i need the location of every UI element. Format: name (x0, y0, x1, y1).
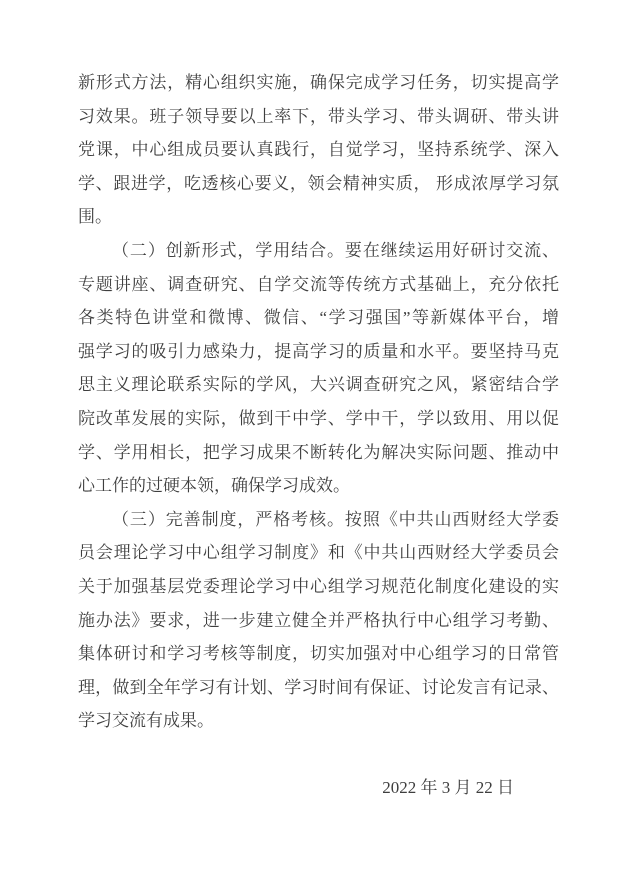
text-line: 关于加强基层党委理论学习中心组学习规范化制度化建设的实 (78, 570, 559, 604)
text-line: 集体研讨和学习考核等制度，切实加强对中心组学习的日常管 (78, 637, 559, 671)
paragraph-1: 新形式方法，精心组织实施，确保完成学习任务，切实提高学 习效果。班子领导要以上率… (78, 66, 559, 234)
text-line: 强学习的吸引力感染力，提高学习的质量和水平。要坚持马克 (78, 335, 559, 369)
text-line: （二）创新形式，学用结合。要在继续运用好研讨交流、 (78, 234, 559, 268)
document-body: 新形式方法，精心组织实施，确保完成学习任务，切实提高学 习效果。班子领导要以上率… (78, 66, 559, 805)
text-line: 学习交流有成果。 (78, 704, 559, 738)
text-line: （三）完善制度，严格考核。按照《中共山西财经大学委 (78, 503, 559, 537)
paragraph-2: （二）创新形式，学用结合。要在继续运用好研讨交流、 专题讲座、调查研究、自学交流… (78, 234, 559, 503)
text-line: 党课，中心组成员要认真践行，自觉学习，坚持系统学、深入 (78, 133, 559, 167)
text-line: 院改革发展的实际，做到干中学、学中干，学以致用、用以促 (78, 402, 559, 436)
text-line: 思主义理论联系实际的学风，大兴调查研究之风，紧密结合学 (78, 368, 559, 402)
document-date: 2022 年 3 月 22 日 (78, 771, 559, 805)
text-line: 专题讲座、调查研究、自学交流等传统方式基础上，充分依托 (78, 268, 559, 302)
text-line: 各类特色讲堂和微博、微信、“学习强国”等新媒体平台，增 (78, 301, 559, 335)
text-line: 习效果。班子领导要以上率下，带头学习、带头调研、带头讲 (78, 100, 559, 134)
text-line: 员会理论学习中心组学习制度》和《中共山西财经大学委员会 (78, 536, 559, 570)
paragraph-3: （三）完善制度，严格考核。按照《中共山西财经大学委 员会理论学习中心组学习制度》… (78, 503, 559, 738)
text-line: 学、跟进学，吃透核心要义，领会精神实质， 形成浓厚学习氛 (78, 167, 559, 201)
text-line: 学、学用相长，把学习成果不断转化为解决实际问题、推动中 (78, 436, 559, 470)
text-line: 新形式方法，精心组织实施，确保完成学习任务，切实提高学 (78, 66, 559, 100)
text-line: 心工作的过硬本领，确保学习成效。 (78, 469, 559, 503)
text-line: 围。 (78, 200, 559, 234)
document-page: 新形式方法，精心组织实施，确保完成学习任务，切实提高学 习效果。班子领导要以上率… (0, 0, 639, 885)
text-line: 理，做到全年学习有计划、学习时间有保证、讨论发言有记录、 (78, 671, 559, 705)
text-line: 施办法》要求，进一步建立健全并严格执行中心组学习考勤、 (78, 604, 559, 638)
